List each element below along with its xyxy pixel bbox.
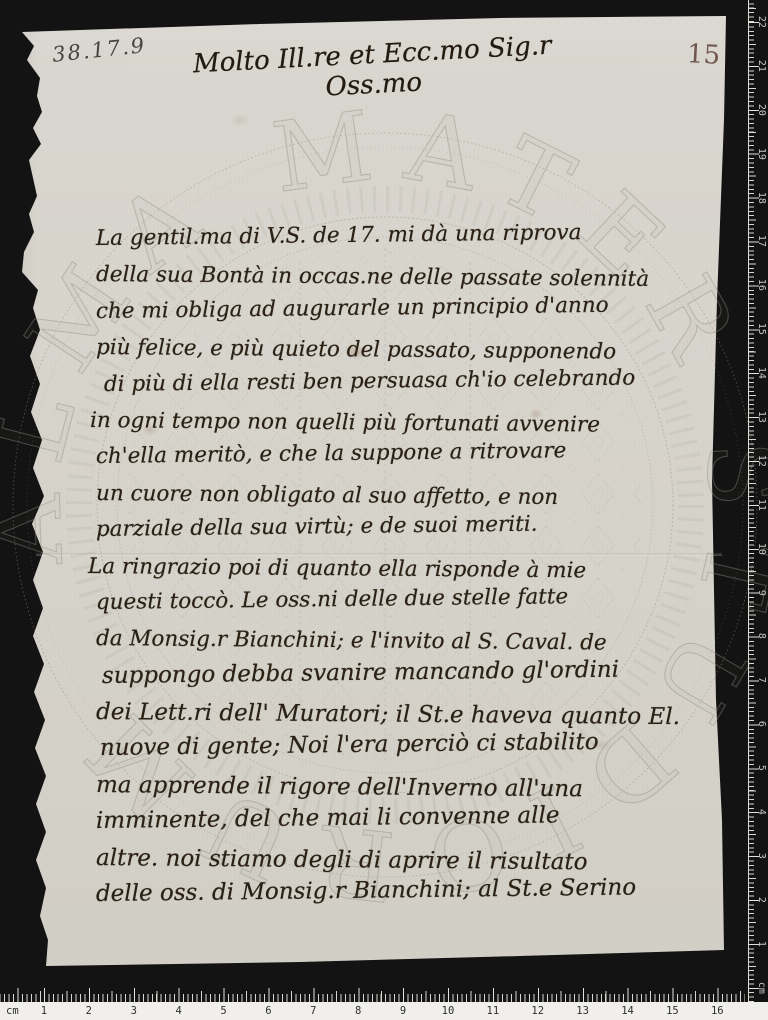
bottom-ruler-number: 6 [246,1005,291,1017]
bottom-ruler-number: 14 [605,1005,650,1017]
bottom-ruler-unit-label: cm [6,1005,19,1017]
right-ruler-number: 2 [739,893,768,907]
bottom-ruler-number: 10 [426,1005,471,1017]
manuscript-line: nuove di gente; Noi l'era perciò ci stab… [100,728,722,772]
right-ruler-number: 21 [739,59,768,73]
right-ruler-number: 4 [739,805,768,819]
bottom-ruler-number: 13 [560,1005,605,1017]
right-ruler-numbers: 22212019181716151413121110987654321cm [754,0,768,1009]
manuscript-line: imminente, del che mai li convenne alle [96,801,722,845]
right-ruler-number: 3 [739,849,768,863]
bottom-ruler-number: 12 [515,1005,560,1017]
manuscript-line: parziale della sua virtù; e de suoi meri… [96,509,722,553]
manuscript-line: questi toccò. Le oss.ni delle due stelle… [96,582,722,626]
bottom-ruler-numbers: 12345678910111213141516 [22,1002,740,1020]
right-ruler-number: 13 [739,410,768,424]
right-ruler-number: 14 [739,366,768,380]
right-ruler-number: 12 [739,454,768,468]
right-ruler-number: 17 [739,234,768,248]
bottom-ruler-number: 4 [156,1005,201,1017]
bottom-ruler-number: 5 [201,1005,246,1017]
right-ruler-number: 18 [739,191,768,205]
right-ruler-number: 9 [739,586,768,600]
right-ruler-number: 22 [739,15,768,29]
right-ruler-number: 19 [739,147,768,161]
archival-photo-stage: ALMA MATER STUDIORUM 38.17.9 15 Molto Il… [0,0,768,1020]
right-ruler-number: 8 [739,629,768,643]
bottom-ruler-number: 3 [111,1005,156,1017]
bottom-ruler-number: 1 [22,1005,67,1017]
bottom-ruler-number: 9 [381,1005,426,1017]
bottom-ruler-number: 15 [650,1005,695,1017]
right-ruler-number: 11 [739,498,768,512]
right-ruler-number: 16 [739,278,768,292]
bottom-ruler-number: 7 [291,1005,336,1017]
right-ruler-number: 15 [739,322,768,336]
bottom-ruler-number: 2 [66,1005,111,1017]
right-ruler-number: 20 [739,103,768,117]
manuscript-line: di più di ella resti ben persuasa ch'io … [104,364,722,408]
right-ruler-number: cm [739,981,768,995]
right-ruler-number: 1 [739,937,768,951]
manuscript-line: La gentil.ma di V.S. de 17. mi dà una ri… [96,218,722,262]
right-ruler-number: 6 [739,717,768,731]
manuscript-text-block: La gentil.ma di V.S. de 17. mi dà una ri… [96,226,722,917]
right-ruler-number: 10 [739,542,768,556]
manuscript-line: ch'ella meritò, e che la suppone a ritro… [96,437,722,481]
bottom-ruler-number: 16 [695,1005,740,1017]
bottom-ruler-number: 11 [470,1005,515,1017]
manuscript-line: delle oss. di Monsig.r Bianchini; al St.… [96,873,722,917]
manuscript-line: che mi obliga ad augurarle un principio … [96,291,722,335]
right-ruler-number: 7 [739,673,768,687]
right-ruler-number: 5 [739,761,768,775]
folio-number: 15 [686,39,721,71]
manuscript-line: suppongo debba svanire mancando gl'ordin… [102,655,722,699]
bottom-ruler-cm-ticks [0,988,745,1002]
bottom-ruler-number: 8 [336,1005,381,1017]
